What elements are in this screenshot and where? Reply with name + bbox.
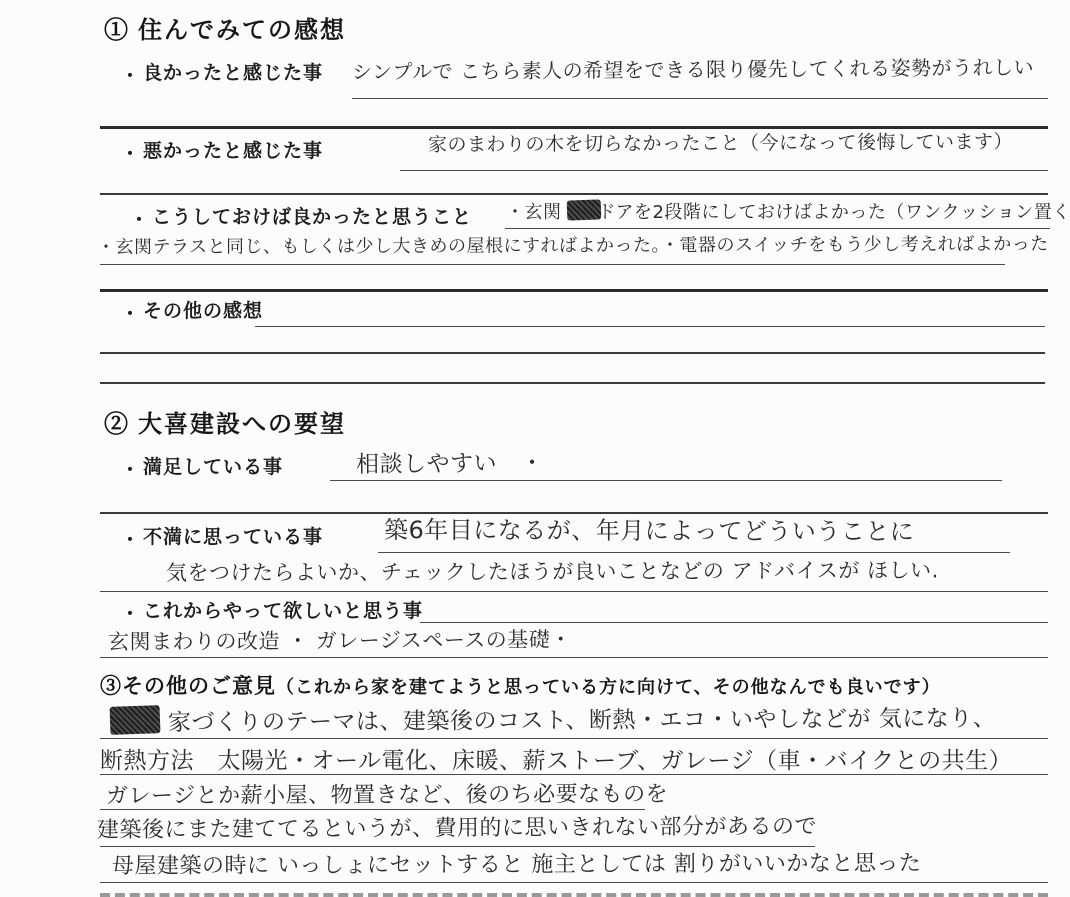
opinion-line-2: 断熱方法 太陽光・オール電化、床暖、薪ストーブ、ガレージ（車・バイクとの共生）: [100, 742, 1012, 775]
scan-edge-artifact: [100, 893, 1048, 897]
answer-line: [100, 882, 1048, 883]
section3-heading: ③その他のご意見（これから家を建てようと思っている方に向けて、その他なんでも良い…: [100, 670, 941, 700]
q-wish-label: こうしておけば良かったと思うこと: [152, 202, 472, 229]
bullet: ・: [121, 526, 139, 552]
opinion-line-1: 家づくりのテーマは、建築後のコスト、断熱・エコ・いやしなどが 気になり、: [168, 700, 996, 737]
q-unsatisfied-answer-line1: 築6年目になるが、年月によってどういうことに: [384, 510, 914, 547]
ruled-line: [100, 289, 1048, 292]
ruled-line: [100, 193, 1048, 195]
scribble-redaction: [567, 199, 602, 220]
q-satisfied-label: 満足している事: [143, 452, 283, 479]
bullet: ・: [121, 600, 139, 626]
q-unsatisfied-label: 不満に思っている事: [143, 522, 323, 549]
answer-line: [100, 774, 1048, 775]
q-wish-answer-prefix: ・玄関: [506, 202, 562, 223]
section2-heading: ② 大喜建設への要望: [104, 404, 346, 439]
bullet: ・: [121, 456, 139, 482]
scanned-survey-page: ① 住んでみての感想 ・ 良かったと感じた事 シンプルで こちら素人の希望をでき…: [0, 0, 1070, 897]
q-future-answer: 玄関まわりの改造 ・ ガレージスペースの基礎・: [108, 624, 572, 656]
section1-heading: ① 住んでみての感想: [104, 10, 346, 45]
answer-line: [378, 552, 1010, 553]
section3-heading-note: （これから家を建てようと思っている方に向けて、その他なんでも良いです）: [276, 677, 941, 697]
q-satisfied-answer: 相談しやすい ・: [356, 444, 544, 479]
q-unsatisfied-answer-line2: 気をつけたらよいか、チェックしたほうが良いことなどの アドバイスが ほしい.: [166, 554, 939, 587]
answer-line: [400, 170, 1048, 171]
answer-line: [330, 480, 1002, 481]
answer-line: [420, 622, 1048, 623]
answer-line: [100, 738, 1048, 739]
q-bad-label: 悪かったと感じた事: [143, 136, 323, 163]
bullet: ・: [130, 206, 148, 232]
opinion-line-5: 母屋建築の時に いっしょにセットすると 施主としては 割りがいいかなと思った: [112, 846, 921, 880]
section3-heading-title: ③その他のご意見: [100, 674, 276, 698]
opinion-line-4: 建築後にまた建ててるというが、費用的に思いきれない部分があるので: [97, 809, 817, 844]
answer-line: [100, 657, 1048, 658]
answer-line: [255, 326, 1045, 327]
bullet: ・: [121, 62, 139, 88]
q-wish-answer-suffix: ドアを2段階にしておけばよかった（ワンクッション置く）: [598, 202, 1070, 223]
answer-line: [505, 228, 1050, 229]
q-future-label: これからやって欲しいと思う事: [143, 596, 423, 623]
opinion-line-3: ガレージとか薪小屋、物置きなど、後のち必要なものを: [106, 777, 668, 810]
bullet: ・: [121, 300, 139, 326]
answer-line: [100, 591, 1048, 592]
q-good-label: 良かったと感じた事: [143, 58, 323, 85]
q-other-label: その他の感想: [143, 296, 263, 323]
bullet: ・: [121, 140, 139, 166]
q-good-answer: シンプルで こちら素人の希望をできる限り優先してくれる姿勢がうれしい: [352, 51, 1034, 85]
scribble-redaction: [110, 705, 161, 735]
ruled-line: [100, 382, 1045, 384]
answer-line: [352, 98, 1048, 99]
ruled-line: [100, 352, 1045, 354]
answer-line: [100, 264, 1005, 265]
q-wish-answer-line2: ・玄関テラスと同じ、もしくは少し大きめの屋根にすればよかった。・電器のスイッチを…: [97, 230, 1049, 259]
q-bad-answer: 家のまわりの木を切らなかったこと（今になって後悔しています）: [428, 127, 1013, 157]
